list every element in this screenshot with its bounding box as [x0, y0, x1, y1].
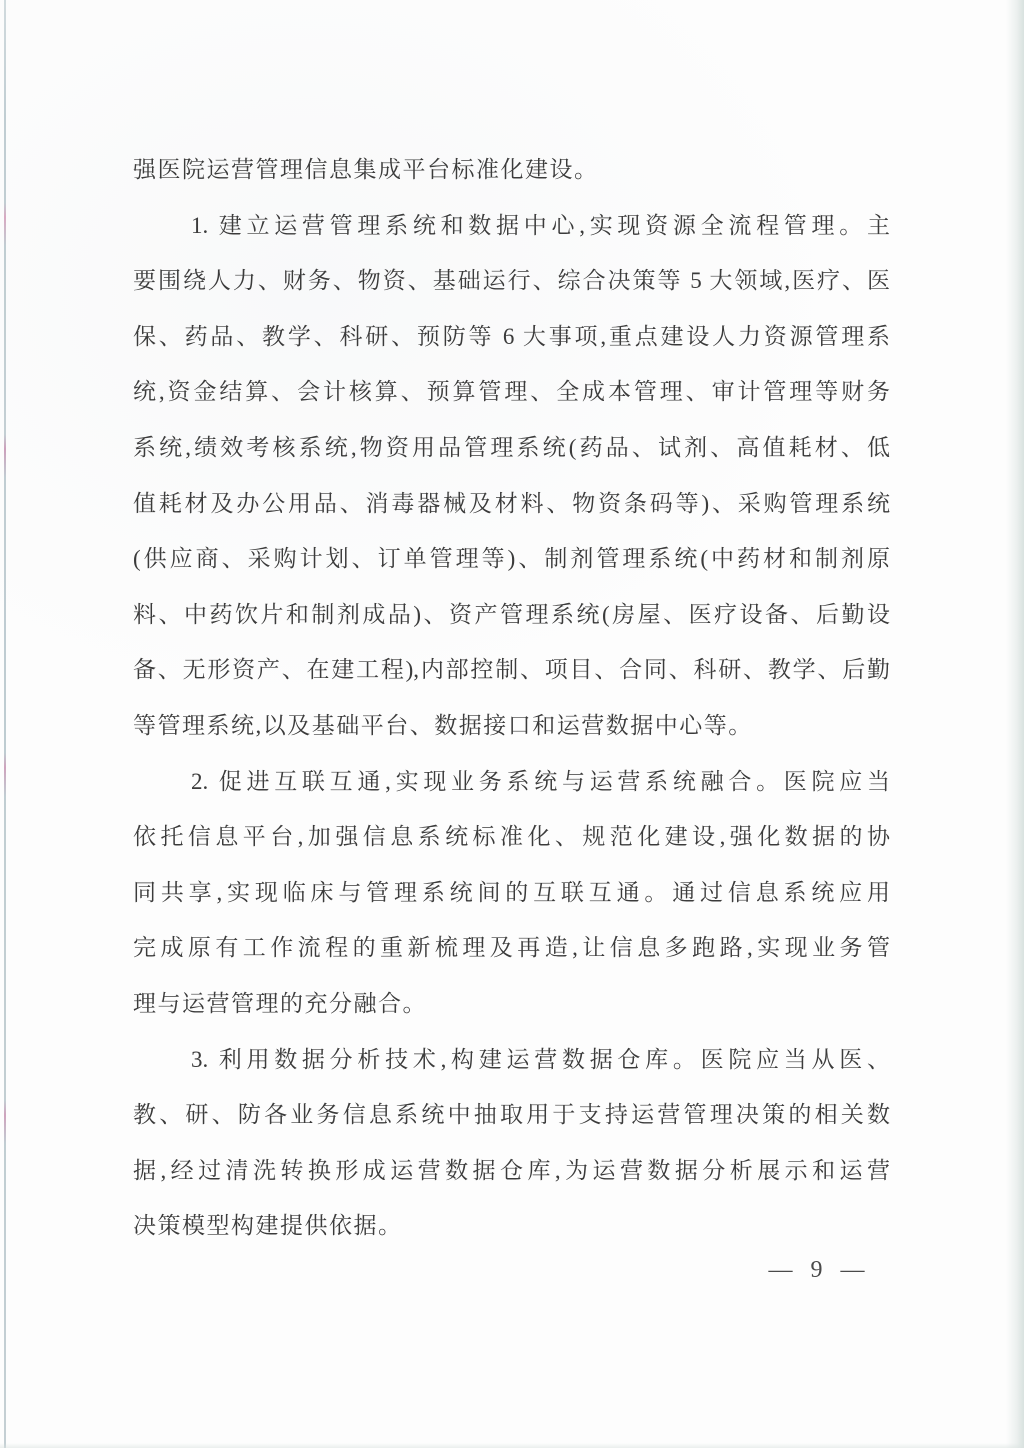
right-scan-shadow: [1006, 0, 1024, 1448]
text-line: 同共享,实现临床与管理系统间的互联互通。通过信息系统应用: [133, 865, 890, 921]
page-number: — 9 —: [757, 1254, 877, 1286]
text-line: 据,经过清洗转换形成运营数据仓库,为运营数据分析展示和运营: [133, 1143, 890, 1199]
document-body: 强医院运营管理信息集成平台标准化建设。 1. 建立运营管理系统和数据中心,实现资…: [133, 142, 890, 1254]
text-line: 强医院运营管理信息集成平台标准化建设。: [133, 142, 890, 198]
text-line: 理与运营管理的充分融合。: [133, 976, 890, 1032]
text-line: 2. 促进互联互通,实现业务系统与运营系统融合。医院应当: [133, 754, 890, 810]
text-line: 完成原有工作流程的重新梳理及再造,让信息多跑路,实现业务管: [133, 920, 890, 976]
text-line: 保、药品、教学、科研、预防等 6 大事项,重点建设人力资源管理系: [133, 309, 890, 365]
text-line: 1. 建立运营管理系统和数据中心,实现资源全流程管理。主: [133, 198, 890, 254]
text-line: (供应商、采购计划、订单管理等)、制剂管理系统(中药材和制剂原: [133, 531, 890, 587]
text-line: 统,资金结算、会计核算、预算管理、全成本管理、审计管理等财务: [133, 364, 890, 420]
text-line: 系统,绩效考核系统,物资用品管理系统(药品、试剂、高值耗材、低: [133, 420, 890, 476]
text-line: 3. 利用数据分析技术,构建运营数据仓库。医院应当从医、: [133, 1032, 890, 1088]
bottom-scan-shadow: [0, 1443, 1024, 1448]
left-scan-line: [4, 0, 6, 1448]
text-line: 教、研、防各业务信息系统中抽取用于支持运营管理决策的相关数: [133, 1087, 890, 1143]
text-line: 值耗材及办公用品、消毒器械及材料、物资条码等)、采购管理系统: [133, 476, 890, 532]
text-line: 等管理系统,以及基础平台、数据接口和运营数据中心等。: [133, 698, 890, 754]
text-line: 要围绕人力、财务、物资、基础运行、综合决策等 5 大领域,医疗、医: [133, 253, 890, 309]
text-line: 依托信息平台,加强信息系统标准化、规范化建设,强化数据的协: [133, 809, 890, 865]
text-line: 备、无形资产、在建工程),内部控制、项目、合同、科研、教学、后勤: [133, 642, 890, 698]
text-line: 料、中药饮片和制剂成品)、资产管理系统(房屋、医疗设备、后勤设: [133, 587, 890, 643]
document-page: 强医院运营管理信息集成平台标准化建设。 1. 建立运营管理系统和数据中心,实现资…: [0, 0, 1024, 1448]
text-line: 决策模型构建提供依据。: [133, 1198, 890, 1254]
